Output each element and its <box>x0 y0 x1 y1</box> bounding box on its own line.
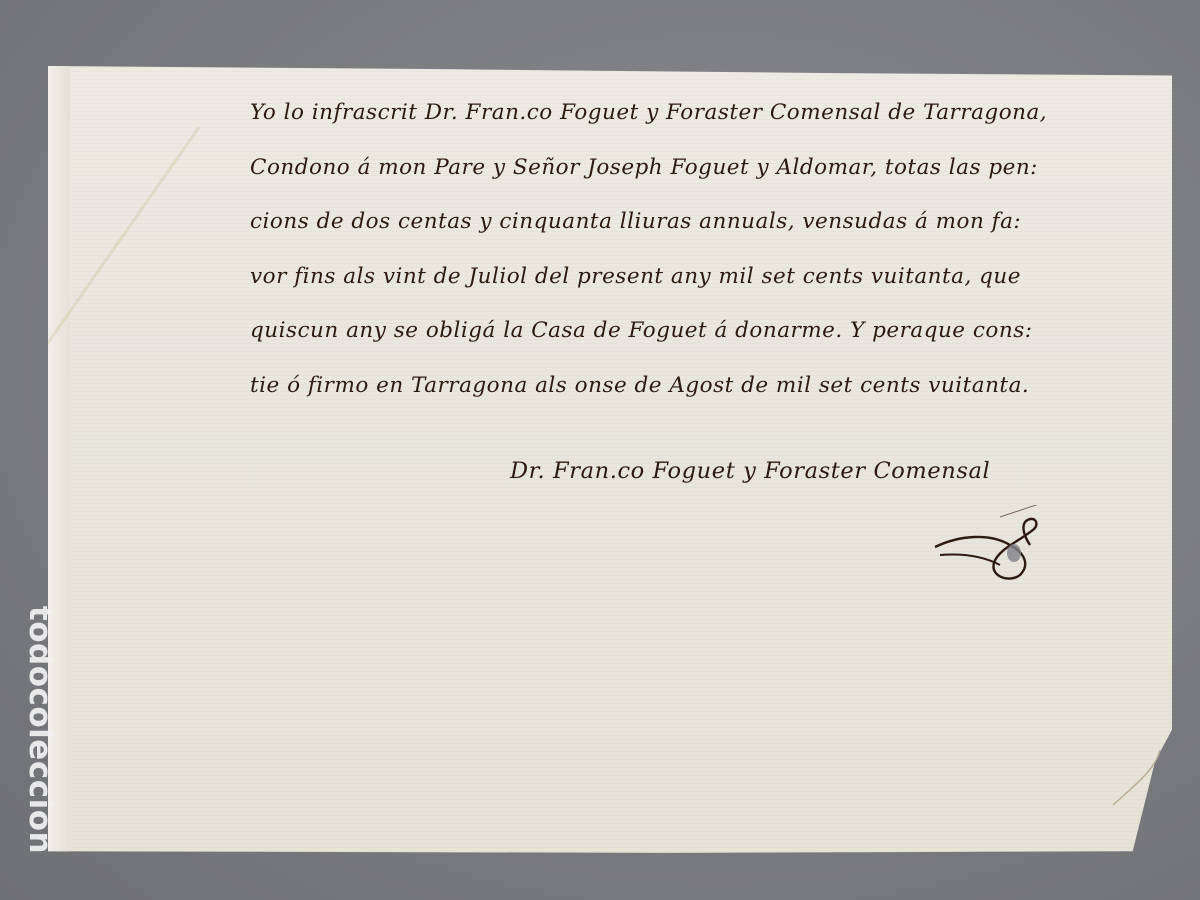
manuscript-line: cions de dos centas y cinquanta lliuras … <box>250 209 1170 264</box>
watermark-text: todocoleccion <box>22 606 58 854</box>
watermark: todocoleccion <box>22 582 58 878</box>
manuscript-line: Condono á mon Pare y Señor Joseph Foguet… <box>250 155 1170 210</box>
signature: Dr. Fran.co Foguet y Foraster Comensal <box>510 458 990 484</box>
manuscript-line: Yo lo infrascrit Dr. Fran.co Foguet y Fo… <box>250 100 1170 155</box>
paper-curl-icon <box>1105 745 1165 810</box>
signature-flourish-icon <box>930 505 1050 585</box>
manuscript-line: quiscun any se obligá la Casa de Foguet … <box>250 318 1170 373</box>
manuscript-line: tie ó firmo en Tarragona als onse de Ago… <box>250 373 1170 428</box>
manuscript-line: vor fins als vint de Juliol del present … <box>250 264 1170 319</box>
paper-fold-crease <box>0 126 200 472</box>
manuscript-body: Yo lo infrascrit Dr. Fran.co Foguet y Fo… <box>250 100 1170 427</box>
